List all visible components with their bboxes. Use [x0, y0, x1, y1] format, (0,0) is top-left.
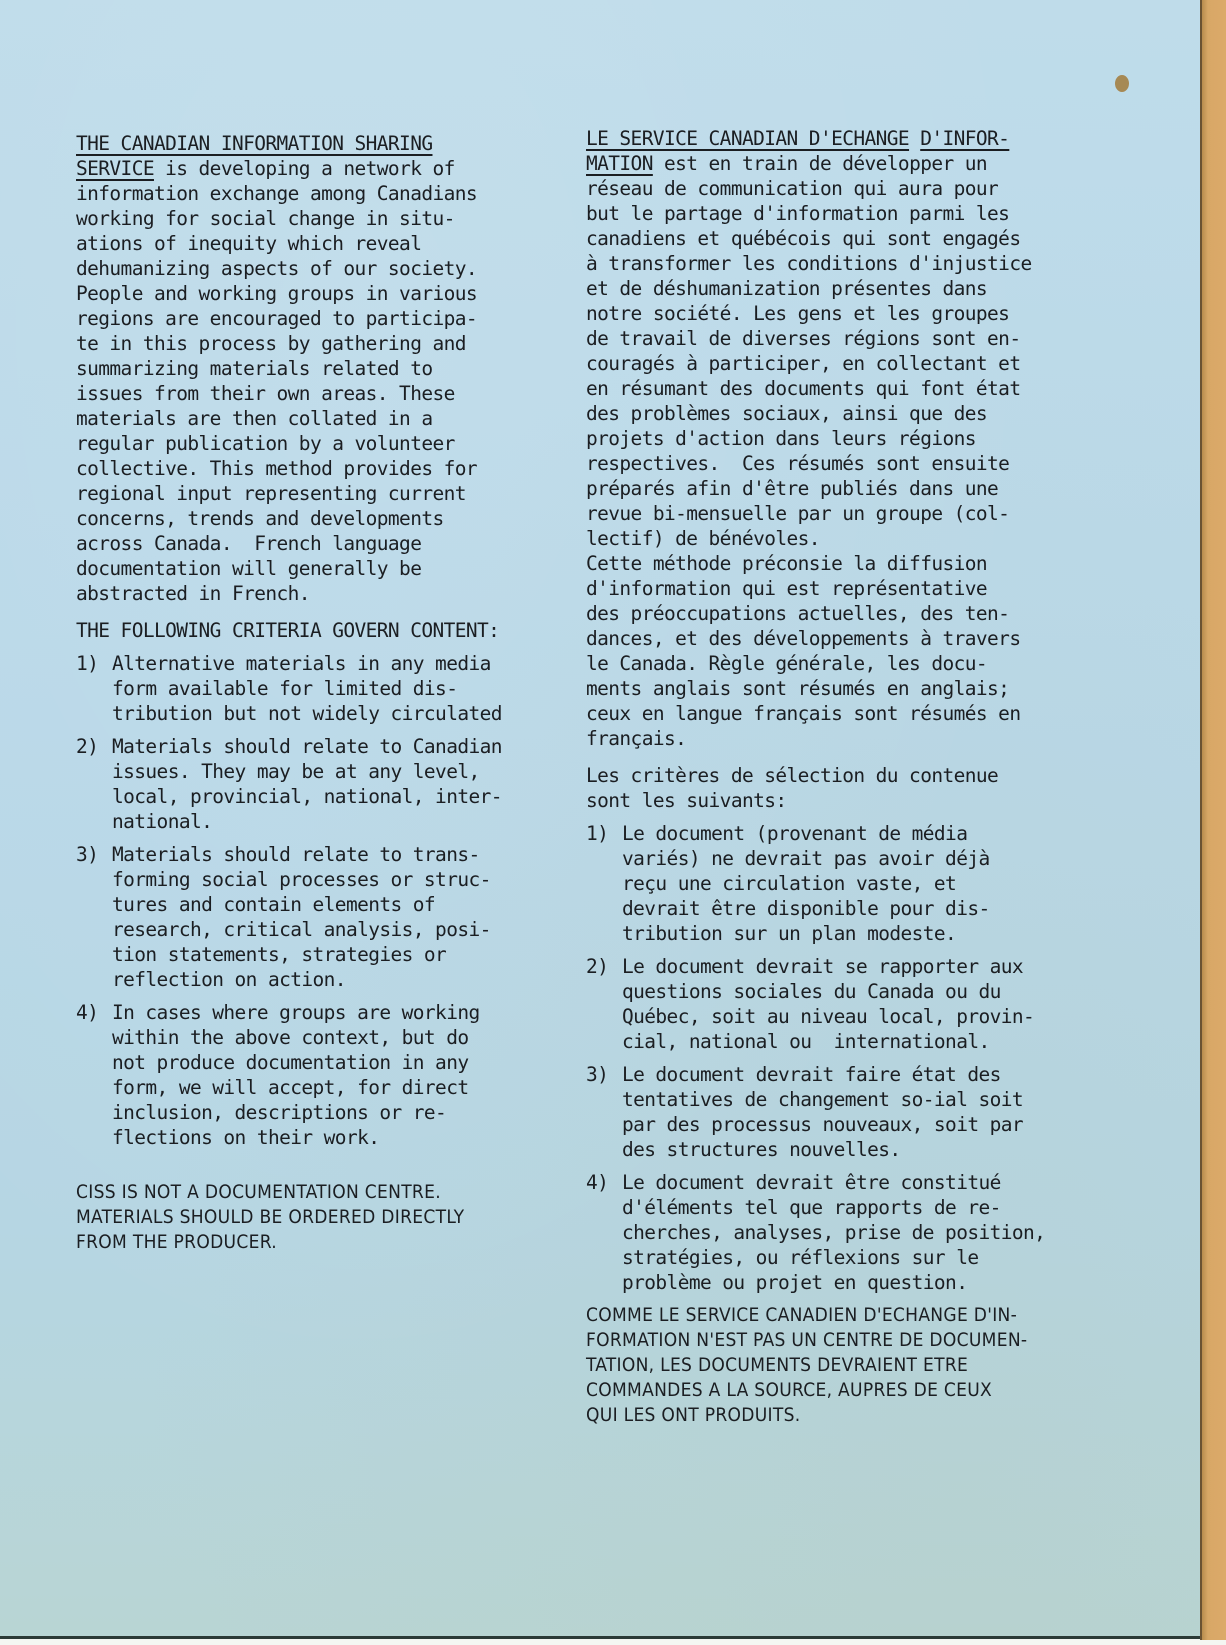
text-line: working for social change in situ- — [76, 206, 546, 231]
french-criterion-2: 2)Le document devrait se rapporter auxqu… — [586, 954, 1106, 1054]
text-line: documentation will generally be — [76, 556, 546, 581]
text-line: tion statements, strategies or — [112, 942, 546, 967]
notice-line: COMMANDES A LA SOURCE, AUPRES DE CEUX — [586, 1378, 1106, 1403]
text-line: ments anglais sont résumés en anglais; — [586, 676, 1106, 701]
text-line: flections on their work. — [112, 1125, 546, 1150]
criterion-text: Materials should relate to trans-forming… — [112, 842, 546, 992]
criterion-text: In cases where groups are workingwithin … — [112, 1000, 546, 1150]
ink-stain — [1115, 75, 1129, 92]
text-line: devrait être disponible pour dis- — [622, 896, 1106, 921]
notice-line: FORMATION N'EST PAS UN CENTRE DE DOCUMEN… — [586, 1328, 1106, 1353]
text-line: réseau de communication qui aura pour — [586, 176, 1106, 201]
text-line: des préoccupations actuelles, des ten- — [586, 601, 1106, 626]
french-title: LE SERVICE CANADIAN D'ECHANGE — [586, 127, 909, 150]
text-line: Québec, soit au niveau local, provin- — [622, 1004, 1106, 1029]
page-edge-binding — [1200, 0, 1226, 1640]
french-heading-line-1: LE SERVICE CANADIAN D'ECHANGE D'INFOR- — [586, 126, 1106, 151]
text-line: dehumanizing aspects of our society. — [76, 256, 546, 281]
english-criterion-1: 1)Alternative materials in any mediaform… — [76, 651, 546, 726]
text-line: national. — [112, 809, 546, 834]
text-line: Materials should relate to trans- — [112, 842, 546, 867]
text-line: collective. This method provides for — [76, 456, 546, 481]
french-title-continued: MATION — [586, 152, 653, 175]
english-criterion-3: 3)Materials should relate to trans-formi… — [76, 842, 546, 992]
text-line: et de déshumanization présentes dans — [586, 276, 1106, 301]
french-criterion-4: 4)Le document devrait être constituéd'él… — [586, 1170, 1106, 1295]
text-line: Cette méthode préconsie la diffusion — [586, 551, 1106, 576]
text-line: couragés à participer, en collectant et — [586, 351, 1106, 376]
text-line: le Canada. Règle générale, les docu- — [586, 651, 1106, 676]
text-line: issues. They may be at any level, — [112, 759, 546, 784]
text-line: stratégies, ou réflexions sur le — [622, 1245, 1106, 1270]
text-line: en résumant des documents qui font état — [586, 376, 1106, 401]
text-line: Le document devrait être constitué — [622, 1170, 1106, 1195]
text-line: tures and contain elements of — [112, 892, 546, 917]
notice-line: FROM THE PRODUCER. — [76, 1230, 546, 1255]
english-criteria-heading: THE FOLLOWING CRITERIA GOVERN CONTENT: — [76, 618, 546, 643]
text-line: form, we will accept, for direct — [112, 1075, 546, 1100]
english-criterion-4: 4)In cases where groups are workingwithi… — [76, 1000, 546, 1150]
criterion-number: 3) — [586, 1062, 622, 1087]
criterion-text: Materials should relate to Canadianissue… — [112, 734, 546, 834]
text-line: information exchange among Canadians — [76, 181, 546, 206]
notice-line: CISS IS NOT A DOCUMENTATION CENTRE. — [76, 1180, 546, 1205]
text-line: issues from their own areas. These — [76, 381, 546, 406]
text-line: français. — [586, 726, 1106, 751]
text-line: revue bi-mensuelle par un groupe (col- — [586, 501, 1106, 526]
text-line: notre société. Les gens et les groupes — [586, 301, 1106, 326]
french-criteria-list: 1)Le document (provenant de médiavariés)… — [586, 821, 1106, 1295]
text-line: canadiens et québécois qui sont engagés — [586, 226, 1106, 251]
text-line: variés) ne devrait pas avoir déjà — [622, 846, 1106, 871]
text-line: préparés afin d'être publiés dans une — [586, 476, 1106, 501]
english-heading-line-1: THE CANADIAN INFORMATION SHARING — [76, 131, 546, 156]
text-line: reflection on action. — [112, 967, 546, 992]
text-line: not produce documentation in any — [112, 1050, 546, 1075]
text-line: tentatives de changement so-ial soit — [622, 1087, 1106, 1112]
text-line: tribution sur un plan modeste. — [622, 921, 1106, 946]
heading-line: Les critères de sélection du contenue — [586, 763, 1106, 788]
text-line: regions are encouraged to participa- — [76, 306, 546, 331]
text-line: ations of inequity which reveal — [76, 231, 546, 256]
text-line: des problèmes sociaux, ainsi que des — [586, 401, 1106, 426]
criterion-text: Le document (provenant de médiavariés) n… — [622, 821, 1106, 946]
criterion-number: 3) — [76, 842, 112, 867]
english-criteria-list: 1)Alternative materials in any mediaform… — [76, 651, 546, 1150]
criterion-text: Le document devrait se rapporter auxques… — [622, 954, 1106, 1054]
criterion-number: 4) — [586, 1170, 622, 1195]
criterion-number: 2) — [76, 734, 112, 759]
text-line: inclusion, descriptions or re- — [112, 1100, 546, 1125]
notice-line: TATION, LES DOCUMENTS DEVRAIENT ETRE — [586, 1353, 1106, 1378]
criterion-text: Le document devrait faire état destentat… — [622, 1062, 1106, 1162]
criterion-number: 4) — [76, 1000, 112, 1025]
french-criterion-1: 1)Le document (provenant de médiavariés)… — [586, 821, 1106, 946]
criterion-number: 1) — [76, 651, 112, 676]
english-column: THE CANADIAN INFORMATION SHARING SERVICE… — [76, 131, 546, 1255]
text-line: des structures nouvelles. — [622, 1137, 1106, 1162]
text-line: abstracted in French. — [76, 581, 546, 606]
notice-line: COMME LE SERVICE CANADIEN D'ECHANGE D'IN… — [586, 1303, 1106, 1328]
text-line: respectives. Ces résumés sont ensuite — [586, 451, 1106, 476]
text-line: cial, national ou international. — [622, 1029, 1106, 1054]
text-line: reçu une circulation vaste, et — [622, 871, 1106, 896]
text-line: regular publication by a volunteer — [76, 431, 546, 456]
french-heading-line-2: MATION est en train de développer un — [586, 151, 1106, 176]
notice-line: QUI LES ONT PRODUITS. — [586, 1403, 1106, 1428]
text-line: ceux en langue français sont résumés en — [586, 701, 1106, 726]
text-line: d'éléments tel que rapports de re- — [622, 1195, 1106, 1220]
text-line: cherches, analyses, prise de position, — [622, 1220, 1106, 1245]
text-line: but le partage d'information parmi les — [586, 201, 1106, 226]
text-line: d'information qui est représentative — [586, 576, 1106, 601]
heading-line: sont les suivants: — [586, 788, 1106, 813]
text-line: forming social processes or struc- — [112, 867, 546, 892]
text-line: materials are then collated in a — [76, 406, 546, 431]
text-line: In cases where groups are working — [112, 1000, 546, 1025]
text-line: te in this process by gathering and — [76, 331, 546, 356]
english-title: THE CANADIAN INFORMATION SHARING — [76, 132, 432, 155]
text-line: lectif) de bénévoles. — [586, 526, 1106, 551]
text-line: problème ou projet en question. — [622, 1270, 1106, 1295]
text-line: Le document devrait faire état des — [622, 1062, 1106, 1087]
text-line: Le document (provenant de média — [622, 821, 1106, 846]
text-line: concerns, trends and developments — [76, 506, 546, 531]
text-line: tribution but not widely circulated — [112, 701, 546, 726]
text-line: local, provincial, national, inter- — [112, 784, 546, 809]
text-line: projets d'action dans leurs régions — [586, 426, 1106, 451]
french-criteria-heading: Les critères de sélection du contenueson… — [586, 763, 1106, 813]
english-heading-line-2: SERVICE is developing a network of — [76, 156, 546, 181]
text-line: across Canada. French language — [76, 531, 546, 556]
text-line: research, critical analysis, posi- — [112, 917, 546, 942]
text-line: People and working groups in various — [76, 281, 546, 306]
text-line: Materials should relate to Canadian — [112, 734, 546, 759]
text-line: questions sociales du Canada ou du — [622, 979, 1106, 1004]
text-line: summarizing materials related to — [76, 356, 546, 381]
text-line: form available for limited dis- — [112, 676, 546, 701]
criterion-number: 2) — [586, 954, 622, 979]
english-intro-paragraph: information exchange among Canadianswork… — [76, 181, 546, 606]
english-title-continued: SERVICE — [76, 157, 154, 180]
french-notice: COMME LE SERVICE CANADIEN D'ECHANGE D'IN… — [586, 1303, 1106, 1428]
text-line: à transformer les conditions d'injustice — [586, 251, 1106, 276]
french-intro-paragraph: réseau de communication qui aura pourbut… — [586, 176, 1106, 751]
french-criterion-3: 3)Le document devrait faire état destent… — [586, 1062, 1106, 1162]
text-line: de travail de diverses régions sont en- — [586, 326, 1106, 351]
criterion-text: Le document devrait être constituéd'élém… — [622, 1170, 1106, 1295]
french-column: LE SERVICE CANADIAN D'ECHANGE D'INFOR- M… — [586, 126, 1106, 1428]
text-line: regional input representing current — [76, 481, 546, 506]
criterion-text: Alternative materials in any mediaform a… — [112, 651, 546, 726]
english-criterion-2: 2)Materials should relate to Canadianiss… — [76, 734, 546, 834]
text-line: Alternative materials in any media — [112, 651, 546, 676]
english-notice: CISS IS NOT A DOCUMENTATION CENTRE.MATER… — [76, 1180, 546, 1255]
notice-line: MATERIALS SHOULD BE ORDERED DIRECTLY — [76, 1205, 546, 1230]
text-line: within the above context, but do — [112, 1025, 546, 1050]
text-line: par des processus nouveaux, soit par — [622, 1112, 1106, 1137]
text-line: dances, et des développements à travers — [586, 626, 1106, 651]
text-line: Le document devrait se rapporter aux — [622, 954, 1106, 979]
french-title-part-2: D'INFOR- — [920, 127, 1009, 150]
criterion-number: 1) — [586, 821, 622, 846]
